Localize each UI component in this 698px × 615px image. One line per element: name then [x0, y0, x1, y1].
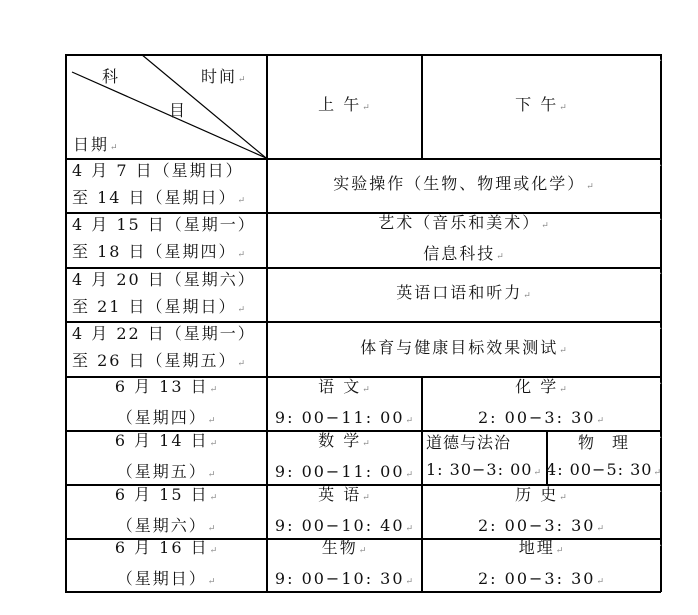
exam-cell: 艺术（音乐和美术）↵ 信息科技↵ — [267, 213, 660, 267]
row-end-marker: · — [659, 56, 662, 67]
corner-time: 时间↵ — [201, 64, 246, 87]
morning-exam-cell: 英 语↵ 9: 00−10: 40↵ — [267, 485, 421, 538]
exam-cell: 体育与健康目标效果测试↵ — [267, 322, 660, 376]
exam-schedule-table: 科 目 时间↵ 日期↵ 上 午↵ 下 午↵ 4 月 7 日（星期日） 至 14 … — [65, 54, 661, 592]
afternoon-exam-cell: 地理↵ 2: 00−3: 30↵ — [422, 539, 660, 591]
row-end-marker: · — [659, 433, 662, 444]
header-morning: 上 午↵ — [267, 55, 421, 158]
corner-subject-top: 科 — [102, 64, 120, 87]
afternoon-exam-cell: 物 理 4: 00−5: 30↵ — [547, 431, 660, 484]
morning-exam-cell: 数 学↵ 9: 00−11: 00↵ — [267, 431, 421, 484]
date-cell: 4 月 20 日（星期六） 至 21 日（星期日）↵ — [66, 268, 266, 321]
row-end-marker: · — [659, 379, 662, 390]
row-end-marker: · — [659, 269, 662, 280]
header-afternoon: 下 午↵ — [422, 55, 660, 158]
row-end-marker: · — [659, 215, 662, 226]
afternoon-exam-cell: 道德与法治 1: 30−3: 00↵ — [422, 431, 546, 484]
row-end-marker: · — [659, 541, 662, 552]
date-cell: 6 月 16 日↵ （星期日）↵ — [66, 539, 266, 591]
afternoon-exam-cell: 历 史↵ 2: 00−3: 30↵ — [422, 485, 660, 538]
exam-cell: 英语口语和听力↵ — [267, 268, 660, 321]
morning-exam-cell: 语 文↵ 9: 00−11: 00↵ — [267, 377, 421, 430]
row-end-marker: · — [659, 161, 662, 172]
date-cell: 4 月 7 日（星期日） 至 14 日（星期日）↵ — [66, 159, 266, 212]
corner-date: 日期↵ — [73, 132, 118, 155]
date-cell: 6 月 15 日↵ （星期六）↵ — [66, 485, 266, 538]
date-cell: 4 月 22 日（星期一） 至 26 日（星期五）↵ — [66, 322, 266, 376]
exam-cell: 实验操作（生物、物理或化学）↵ — [267, 159, 660, 212]
border-right — [660, 54, 662, 592]
date-cell: 4 月 15 日（星期一） 至 18 日（星期四）↵ — [66, 213, 266, 267]
afternoon-exam-cell: 化 学↵ 2: 00−3: 30↵ — [422, 377, 660, 430]
row-end-marker: · — [659, 324, 662, 335]
date-cell: 6 月 13 日↵ （星期四）↵ — [66, 377, 266, 430]
row-end-marker: · — [659, 487, 662, 498]
corner-subject-bottom: 目 — [169, 98, 187, 121]
morning-exam-cell: 生物↵ 9: 00−10: 30↵ — [267, 539, 421, 591]
date-cell: 6 月 14 日↵ （星期五）↵ — [66, 431, 266, 484]
